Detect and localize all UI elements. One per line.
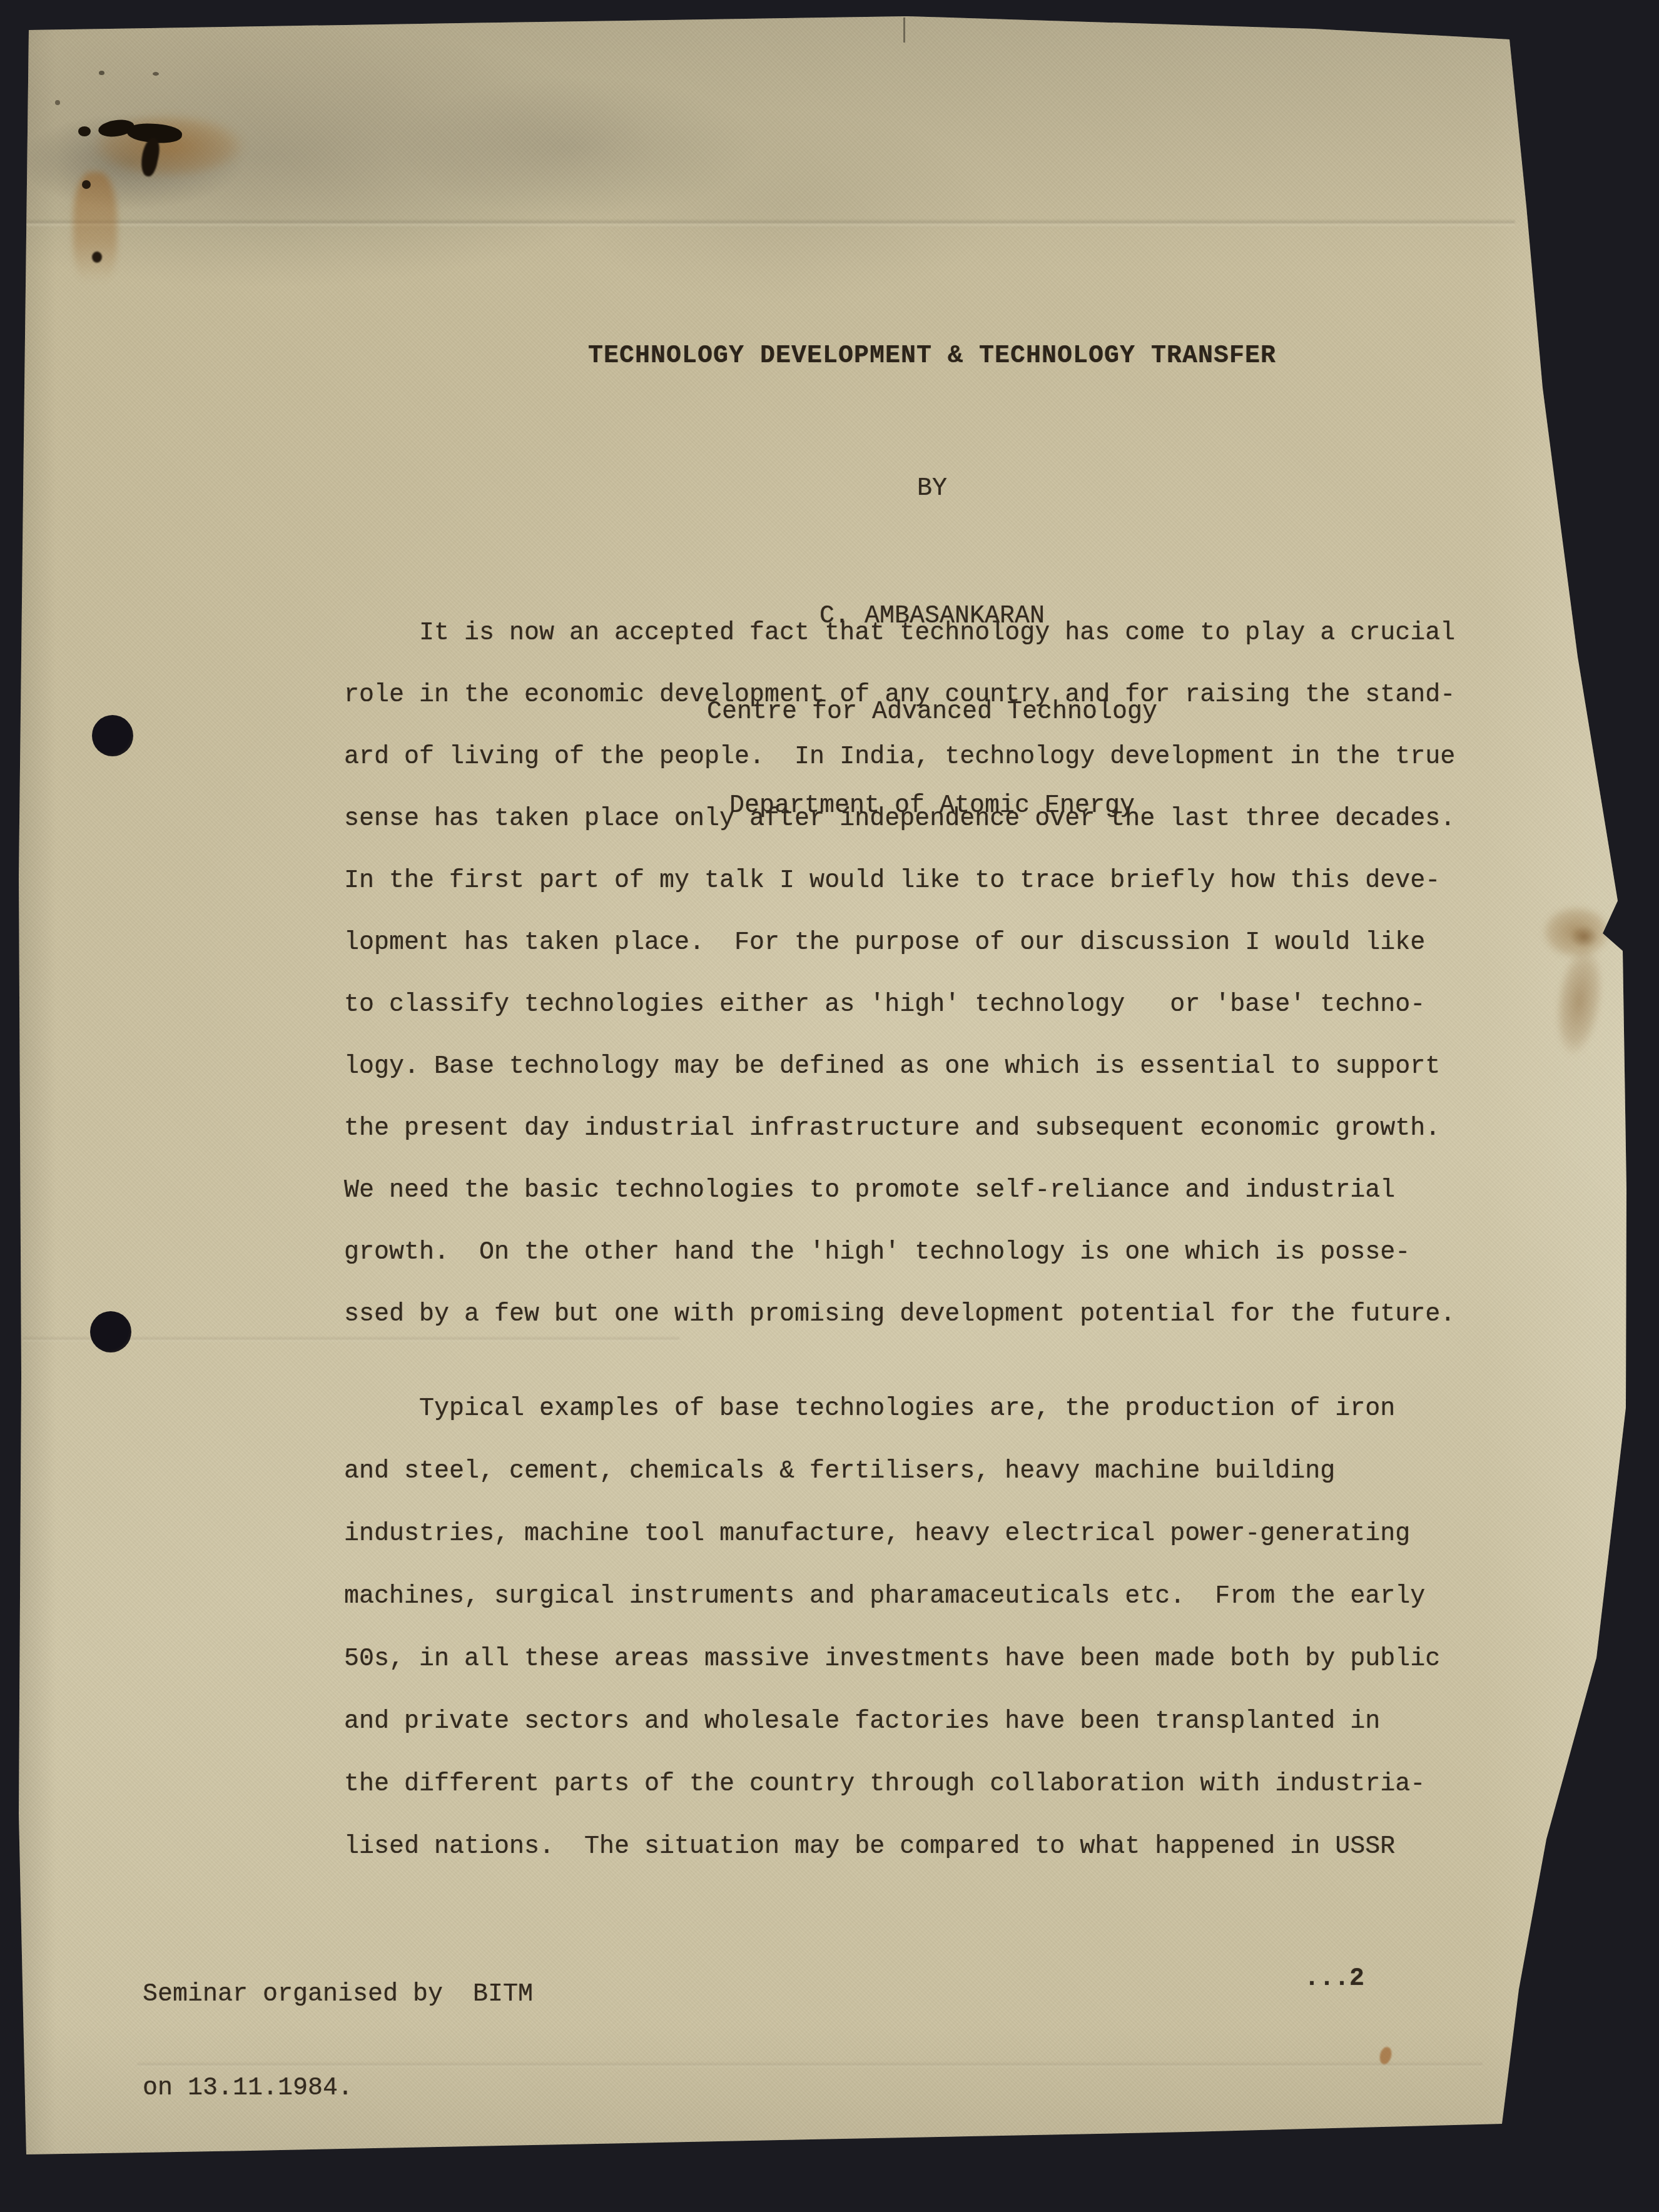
text-line: the present day industrial infrastructur… xyxy=(344,1098,1455,1160)
text-line: We need the basic technologies to promot… xyxy=(344,1160,1455,1222)
text-line: lopment has taken place. For the purpose… xyxy=(344,912,1455,974)
right-edge-stain xyxy=(1514,901,1636,1082)
paragraph-1: It is now an accepted fact that technolo… xyxy=(344,602,1455,1346)
text-line: sense has taken place only after indepen… xyxy=(344,788,1455,850)
byline: BY xyxy=(253,474,1611,505)
text-line: and private sectors and wholesale factor… xyxy=(344,1691,1440,1753)
ink-speck xyxy=(55,100,60,105)
text-line: lised nations. The situation may be comp… xyxy=(344,1816,1440,1879)
text-line: growth. On the other hand the 'high' tec… xyxy=(344,1222,1455,1284)
footnote-line: on 13.11.1984. xyxy=(143,2073,533,2104)
text-line: logy. Base technology may be defined as … xyxy=(344,1036,1455,1098)
text-line: ssed by a few but one with promising dev… xyxy=(344,1284,1455,1346)
footnote-line: Seminar organised by BITM xyxy=(143,1979,533,2011)
text-line: machines, surgical instruments and phara… xyxy=(344,1566,1440,1628)
paper-tear-mark xyxy=(903,18,905,43)
burn-hole-small xyxy=(78,126,91,136)
paragraph-2: Typical examples of base technologies ar… xyxy=(344,1378,1440,1879)
document-title: TECHNOLOGY DEVELOPMENT & TECHNOLOGY TRAN… xyxy=(253,341,1611,372)
text-line: In the first part of my talk I would lik… xyxy=(344,850,1455,912)
paper-sheet: TECHNOLOGY DEVELOPMENT & TECHNOLOGY TRAN… xyxy=(0,0,1659,2212)
page-number-marker: ...2 xyxy=(1304,1964,1364,1995)
text-line: Typical examples of base technologies ar… xyxy=(344,1378,1440,1441)
punch-hole-top xyxy=(92,715,133,756)
text-line: to classify technologies either as 'high… xyxy=(344,974,1455,1036)
text-line: and steel, cement, chemicals & fertilise… xyxy=(344,1441,1440,1503)
ink-speck xyxy=(99,71,104,75)
text-line: It is now an accepted fact that technolo… xyxy=(344,602,1455,664)
rust-speck xyxy=(82,180,91,189)
text-line: 50s, in all these areas massive investme… xyxy=(344,1628,1440,1691)
text-line: role in the economic development of any … xyxy=(344,664,1455,726)
rust-speck xyxy=(92,251,102,263)
text-line: ard of living of the people. In India, t… xyxy=(344,726,1455,788)
scanned-page-stage: TECHNOLOGY DEVELOPMENT & TECHNOLOGY TRAN… xyxy=(0,0,1659,2212)
text-line: industries, machine tool manufacture, he… xyxy=(344,1503,1440,1566)
seminar-footnote: Seminar organised by BITM on 13.11.1984. xyxy=(143,1917,533,2167)
rust-streak xyxy=(73,172,117,288)
ink-speck xyxy=(153,72,159,76)
punch-hole-bottom xyxy=(90,1311,131,1352)
stain-core xyxy=(1567,923,1601,951)
burn-damage-cluster xyxy=(59,94,322,300)
text-line: the different parts of the country throu… xyxy=(344,1753,1440,1816)
